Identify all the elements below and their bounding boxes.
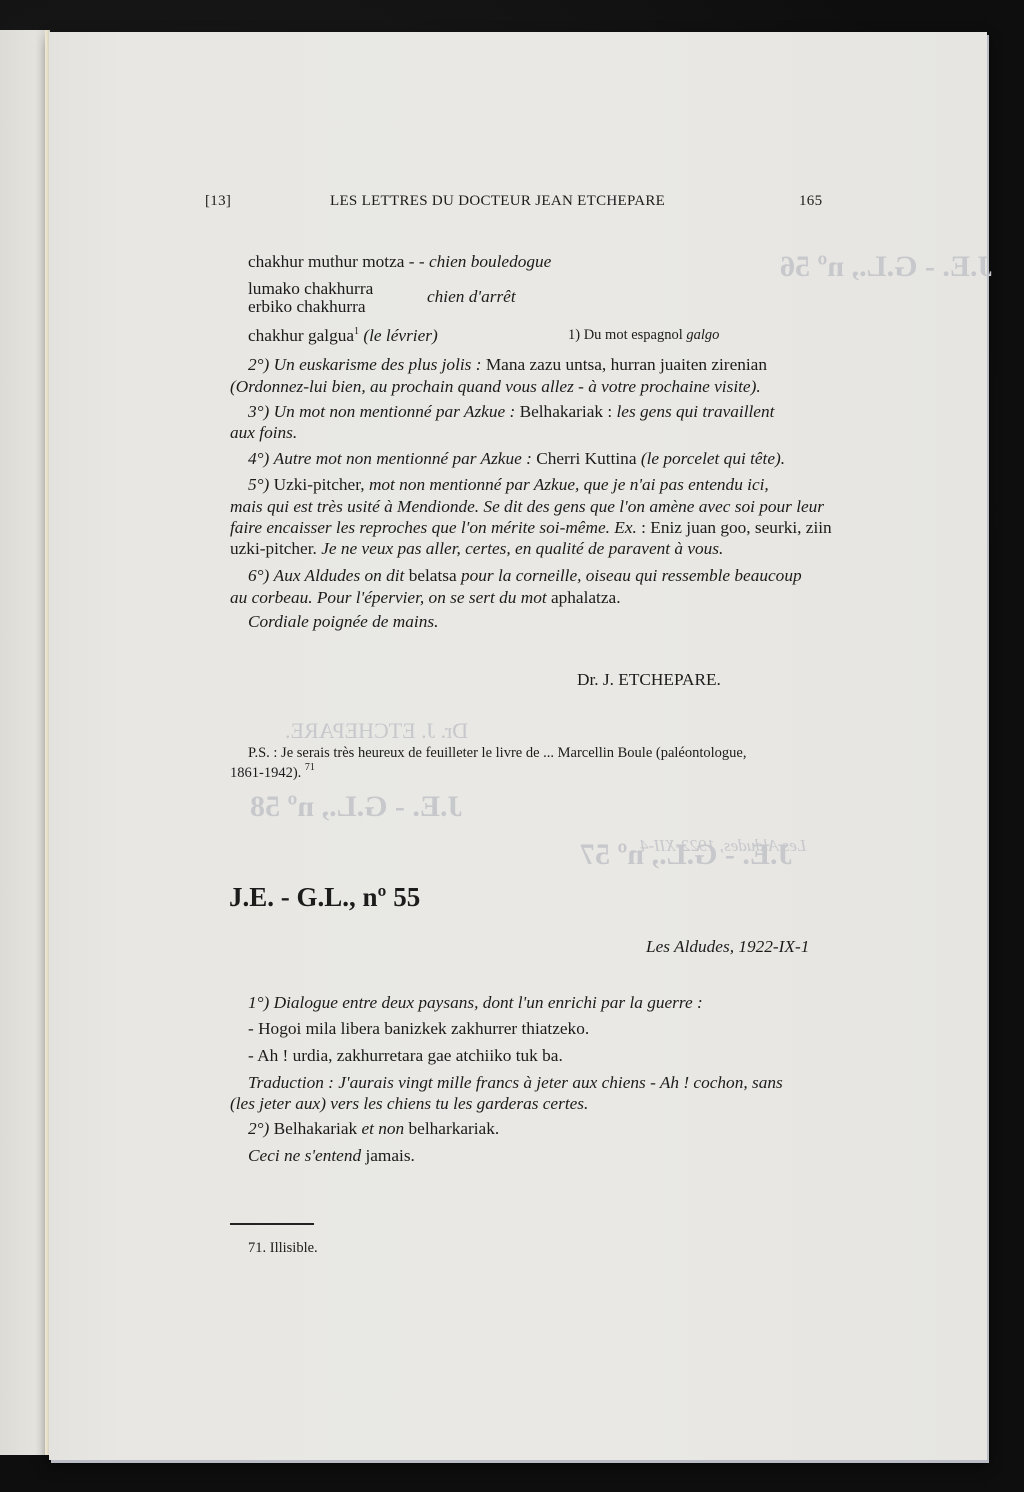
translation-line1: Traduction : J'aurais vingt mille francs… [248, 1073, 783, 1093]
item-5-line1: 5°) Uzki-pitcher, mot non mentionné par … [248, 475, 769, 495]
dialogue-line: - Hogoi mila libera banizkek zakhurrer t… [248, 1019, 589, 1039]
translation-line2: (les jeter aux) vers les chiens tu les g… [230, 1094, 588, 1114]
footnote-ref: 1 [354, 326, 359, 337]
item-5-line4: uzki-pitcher. Je ne veux pas aller, cert… [230, 539, 723, 559]
side-note: 1) Du mot espagnol galgo [568, 327, 719, 344]
item-2-line1: 2°) Un euskarisme des plus jolis : Mana … [248, 355, 767, 375]
item-1-intro: 1°) Dialogue entre deux paysans, dont l'… [248, 993, 703, 1013]
vocab-line: lumako chakhurra [248, 279, 373, 299]
footnote-71: 71. Illisible. [248, 1240, 318, 1257]
item-6-line1: 6°) Aux Aldudes on dit belatsa pour la c… [248, 566, 802, 586]
item-5-line3: faire encaisser les reproches que l'on m… [230, 518, 832, 538]
letter-heading: J.E. - G.L., nº 55 [229, 882, 420, 913]
vocab-line: erbiko chakhurra [248, 297, 366, 317]
footnote-ref: 71 [305, 762, 315, 773]
item-6-line2: au corbeau. Pour l'épervier, on se sert … [230, 588, 621, 608]
page-content: [13] LES LETTRES DU DOCTEUR JEAN ETCHEPA… [0, 0, 1024, 1492]
item-4: 4°) Autre mot non mentionné par Azkue : … [248, 449, 785, 469]
item-2-line2: (Ordonnez-lui bien, au prochain quand vo… [230, 377, 761, 397]
postscript-line1: P.S. : Je serais très heureux de feuille… [248, 745, 747, 762]
item-2-letter55: 2°) Belhakariak et non belharkariak. [248, 1119, 499, 1139]
running-title: LES LETTRES DU DOCTEUR JEAN ETCHEPARE [330, 193, 665, 210]
item-3-line2: aux foins. [230, 423, 297, 443]
page-bracket-number: [13] [205, 193, 231, 210]
dialogue-line: - Ah ! urdia, zakhurretara gae atchiiko … [248, 1046, 563, 1066]
remark-line: Ceci ne s'entend jamais. [248, 1146, 415, 1166]
vocab-translation: chien d'arrêt [427, 287, 516, 307]
closing-salutation: Cordiale poignée de mains. [248, 612, 438, 632]
item-3-line1: 3°) Un mot non mentionné par Azkue : Bel… [248, 402, 774, 422]
place-date: Les Aldudes, 1922-IX-1 [646, 937, 809, 957]
page-number: 165 [799, 193, 822, 210]
signature: Dr. J. ETCHEPARE. [577, 670, 721, 690]
postscript-line2: 1861-1942). 71 [230, 762, 315, 782]
footnote-rule [230, 1223, 314, 1225]
vocab-line: chakhur muthur motza - - chien bouledogu… [248, 252, 551, 272]
item-5-line2: mais qui est très usité à Mendionde. Se … [230, 497, 824, 517]
vocab-line: chakhur galgua1 (le lévrier) [248, 322, 438, 346]
